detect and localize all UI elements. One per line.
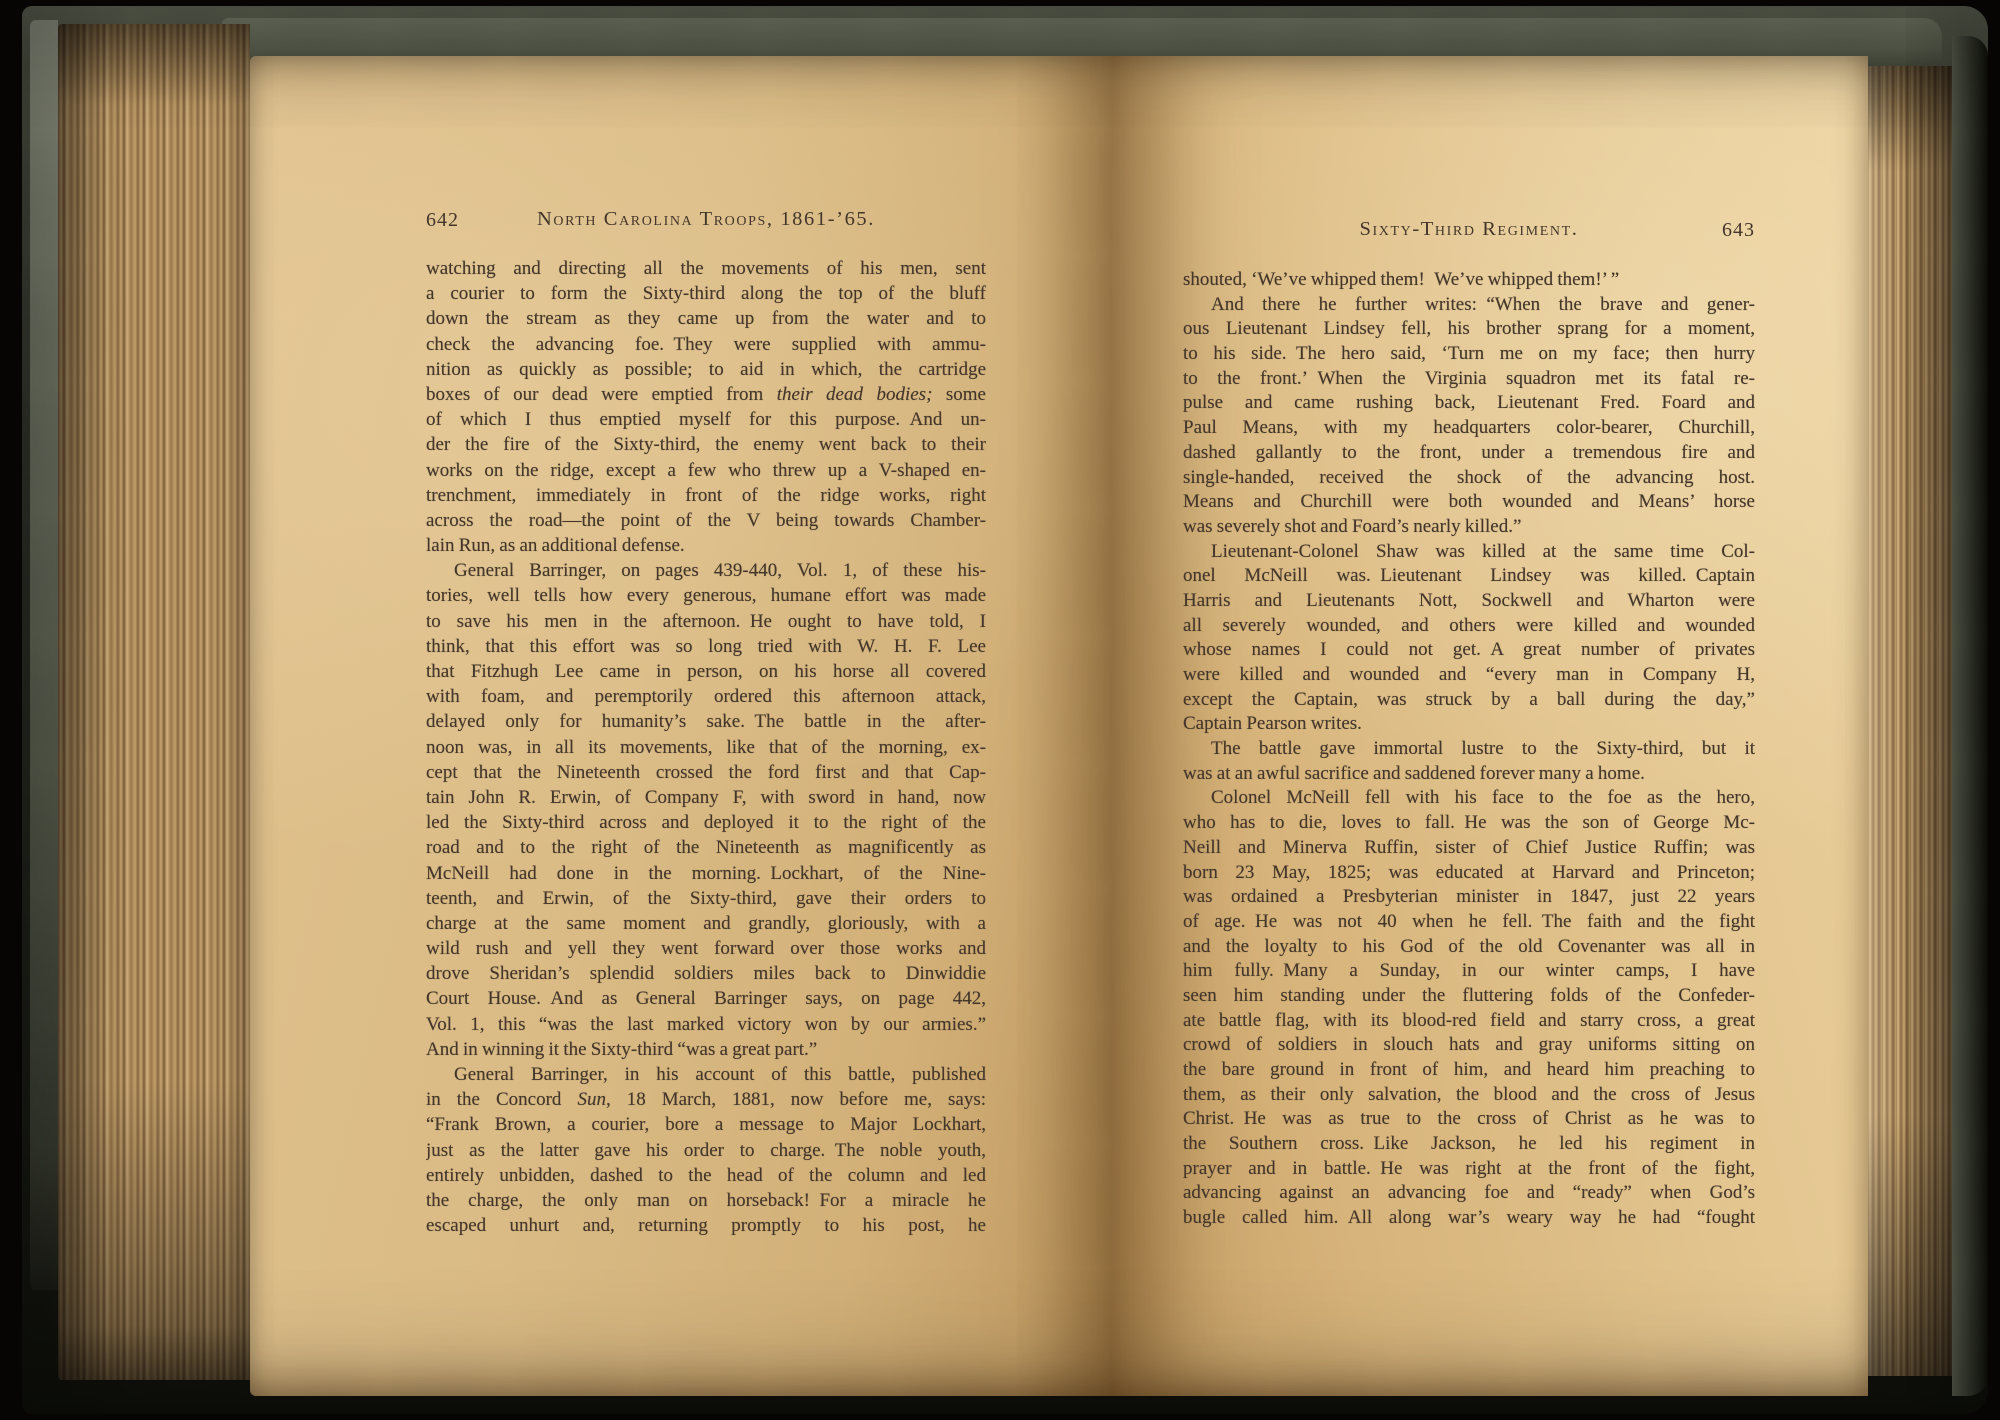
text-line: And in winning it the Sixty-third “was a… [426, 1037, 986, 1062]
text-line: wild rush and yell they went forward ove… [426, 936, 986, 961]
text-line: Court House. And as General Barringer sa… [426, 986, 986, 1011]
text-line: The battle gave immortal lustre to the S… [1183, 737, 1755, 762]
text-line: single-handed, received the shock of the… [1183, 466, 1755, 491]
text-line: a courier to form the Sixty-third along … [426, 281, 986, 306]
text-line: noon was, in all its movements, like tha… [426, 735, 986, 760]
text-line: drove Sheridan’s splendid soldiers miles… [426, 961, 986, 986]
page-642-header: 642 North Carolina Troops, 1861-’65. [426, 208, 986, 238]
text-line: that Fitzhugh Lee came in person, on his… [426, 659, 986, 684]
text-line: the Southern cross. Like Jackson, he led… [1183, 1132, 1755, 1157]
open-book: 642 North Carolina Troops, 1861-’65. wat… [22, 6, 1988, 1414]
text-line: Harris and Lieutenants Nott, Sockwell an… [1183, 589, 1755, 614]
text-line: with foam, and peremptorily ordered this… [426, 684, 986, 709]
text-line: was ordained a Presbyterian minister in … [1183, 885, 1755, 910]
text-line: boxes of our dead were emptied from thei… [426, 382, 986, 407]
text-line: tories, well tells how every generous, h… [426, 583, 986, 608]
text-line: shouted, ‘We’ve whipped them! We’ve whip… [1183, 268, 1755, 293]
text-line: was severely shot and Foard’s nearly kil… [1183, 515, 1755, 540]
text-line: works on the ridge, except a few who thr… [426, 458, 986, 483]
text-line: to save his men in the afternoon. He oug… [426, 609, 986, 634]
page-stack-right [1868, 66, 1952, 1376]
text-line: tain John R. Erwin, of Company F, with s… [426, 785, 986, 810]
text-line: born 23 May, 1825; was educated at Harva… [1183, 861, 1755, 886]
text-line: Neill and Minerva Ruffin, sister of Chie… [1183, 836, 1755, 861]
text-line: cept that the Nineteenth crossed the for… [426, 760, 986, 785]
text-line: them, as their only salvation, the blood… [1183, 1083, 1755, 1108]
text-line: escaped unhurt and, returning promptly t… [426, 1213, 986, 1238]
text-line: lain Run, as an additional defense. [426, 533, 986, 558]
running-title: North Carolina Troops, 1861-’65. [537, 208, 875, 231]
text-line: check the advancing foe. They were suppl… [426, 332, 986, 357]
text-line: led the Sixty-third across and deployed … [426, 810, 986, 835]
page-body-0: watching and directing all the movements… [426, 256, 986, 1238]
text-line: bugle called him. All along war’s weary … [1183, 1206, 1755, 1231]
page-643-header: Sixty-Third Regiment. 643 [1183, 218, 1755, 248]
text-line: prayer and in battle. He was right at th… [1183, 1157, 1755, 1182]
text-line: in the Concord Sun, 18 March, 1881, now … [426, 1087, 986, 1112]
page-number: 642 [426, 209, 459, 232]
text-line: all severely wounded, and others were ki… [1183, 614, 1755, 639]
text-line: ous Lieutenant Lindsey fell, his brother… [1183, 317, 1755, 342]
text-line: Vol. 1, this “was the last marked victor… [426, 1012, 986, 1037]
text-line: nition as quickly as possible; to aid in… [426, 357, 986, 382]
text-line: who has to die, loves to fall. He was th… [1183, 811, 1755, 836]
text-line: think, that this effort was so long trie… [426, 634, 986, 659]
text-line: except the Captain, was struck by a ball… [1183, 688, 1755, 713]
text-line: General Barringer, on pages 439-440, Vol… [426, 558, 986, 583]
text-line: teenth, and Erwin, of the Sixty-third, g… [426, 886, 986, 911]
text-line: McNeill had done in the morning. Lockhar… [426, 861, 986, 886]
text-line: Christ. He was as true to the cross of C… [1183, 1107, 1755, 1132]
text-line: to the front.’ When the Virginia squadro… [1183, 367, 1755, 392]
text-line: And there he further writes: “When the b… [1183, 293, 1755, 318]
text-line: General Barringer, in his account of thi… [426, 1062, 986, 1087]
text-line: Lieutenant-Colonel Shaw was killed at th… [1183, 540, 1755, 565]
text-line: onel McNeill was. Lieutenant Lindsey was… [1183, 564, 1755, 589]
running-title: Sixty-Third Regiment. [1360, 218, 1579, 241]
text-line: road and to the right of the Nineteenth … [426, 835, 986, 860]
book-cover-right-edge [1952, 36, 1988, 1396]
text-line: Means and Churchill were both wounded an… [1183, 490, 1755, 515]
text-line: “Frank Brown, a courier, bore a message … [426, 1112, 986, 1137]
text-line: Colonel McNeill fell with his face to th… [1183, 786, 1755, 811]
text-line: crowd of soldiers in slouch hats and gra… [1183, 1033, 1755, 1058]
page-number: 643 [1722, 219, 1755, 242]
text-line: just as the latter gave his order to cha… [426, 1138, 986, 1163]
text-line: to his side. The hero said, ‘Turn me on … [1183, 342, 1755, 367]
book-cover-left-edge [30, 20, 58, 1290]
text-line: charge at the same moment and grandly, g… [426, 911, 986, 936]
text-line: dashed gallantly to the front, under a t… [1183, 441, 1755, 466]
text-line: watching and directing all the movements… [426, 256, 986, 281]
text-line: ate battle flag, with its blood-red fiel… [1183, 1009, 1755, 1034]
text-line: were killed and wounded and “every man i… [1183, 663, 1755, 688]
photo-background: { "theme": { "bg": "#060504", "ink": "#4… [0, 0, 2000, 1420]
page-642: 642 North Carolina Troops, 1861-’65. wat… [250, 56, 1112, 1396]
text-line: and the loyalty to his God of the old Co… [1183, 935, 1755, 960]
text-line: down the stream as they came up from the… [426, 306, 986, 331]
text-line: pulse and came rushing back, Lieutenant … [1183, 391, 1755, 416]
text-line: of which I thus emptied myself for this … [426, 407, 986, 432]
page-643: Sixty-Third Regiment. 643 shouted, ‘We’v… [1112, 56, 1868, 1396]
page-body-1: shouted, ‘We’ve whipped them! We’ve whip… [1183, 268, 1755, 1231]
text-line: him fully. Many a Sunday, in our winter … [1183, 959, 1755, 984]
text-line: der the fire of the Sixty-third, the ene… [426, 432, 986, 457]
page-stack-left [58, 24, 250, 1380]
text-line: the charge, the only man on horseback! F… [426, 1188, 986, 1213]
text-line: seen him standing under the fluttering f… [1183, 984, 1755, 1009]
text-line: delayed only for humanity’s sake. The ba… [426, 709, 986, 734]
text-line: advancing against an advancing foe and “… [1183, 1181, 1755, 1206]
text-line: Captain Pearson writes. [1183, 712, 1755, 737]
text-line: the bare ground in front of him, and hea… [1183, 1058, 1755, 1083]
text-line: across the road—the point of the V being… [426, 508, 986, 533]
text-line: of age. He was not 40 when he fell. The … [1183, 910, 1755, 935]
text-line: was at an awful sacrifice and saddened f… [1183, 762, 1755, 787]
text-line: whose names I could not get. A great num… [1183, 638, 1755, 663]
text-line: entirely unbidden, dashed to the head of… [426, 1163, 986, 1188]
text-line: Paul Means, with my headquarters color-b… [1183, 416, 1755, 441]
text-line: trenchment, immediately in front of the … [426, 483, 986, 508]
